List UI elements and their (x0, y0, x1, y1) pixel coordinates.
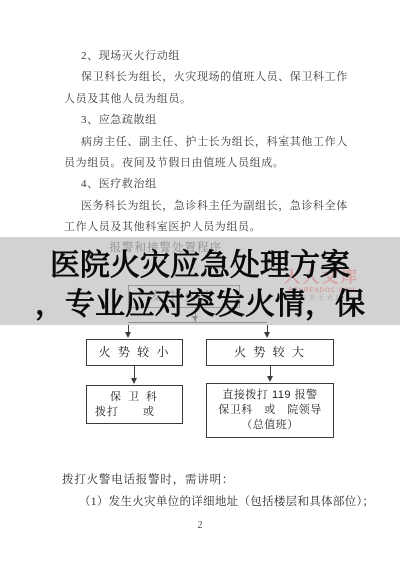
flow-box-line: （总值班） (207, 418, 333, 433)
banner-headline: 医院火灾应急处理方案 ，专业应对突发火情，保 (0, 237, 400, 324)
flow-box-line: 保卫科 或 院领导 (207, 403, 333, 418)
flow-connector (134, 366, 135, 378)
arrow-down-icon (125, 332, 131, 338)
body-line: 病房主任、副主任、护士长为组长，科室其他工作人 (64, 132, 348, 153)
flow-connector (270, 366, 271, 376)
body-line: 员为组员。夜间及节假日由值班人员组成。 (64, 153, 348, 174)
body-line: 2、现场灭火行动组 (64, 46, 348, 67)
body-line: 4、医疗救治组 (64, 174, 348, 195)
flow-box-line: 拨打 或 (87, 405, 182, 420)
body-line: 3、应急疏散组 (64, 110, 348, 131)
flow-box-fire-small: 火 势 较 小 (86, 339, 183, 366)
page-number: 2 (0, 520, 400, 531)
body-line: 工作人员及其他科室医护人员为组员。 (64, 217, 348, 238)
banner-headline-line1: 医院火灾应急处理方案 (0, 246, 400, 285)
arrow-down-icon (131, 378, 137, 384)
body-line: 人员及其他人员为组员。 (64, 89, 348, 110)
body-line: 医务科长为组长，急诊科主任为副组长，急诊科全体 (64, 196, 348, 217)
footer-instruction: 拨打火警电话报警时，需讲明： (62, 471, 234, 487)
document-page: 2、现场灭火行动组 保卫科长为组长，火灾现场的值班人员、保卫科工作 人员及其他人… (0, 0, 400, 566)
body-line: 保卫科长为组长，火灾现场的值班人员、保卫科工作 (64, 67, 348, 88)
promo-banner: 、报警和接警处置程序 发生火灾 人人文库 RENRENDOC.COM 完美无水印… (0, 237, 400, 325)
arrow-down-icon (267, 376, 273, 382)
flow-box-label: 火 势 较 大 (207, 340, 333, 364)
footer-instruction-item: （1）发生火灾单位的详细地址（包括楼层和具体部位）； (79, 493, 374, 509)
flow-box-call-security: 保 卫 科 拨打 或 (86, 385, 183, 424)
flow-box-line: 保 卫 科 (87, 390, 182, 405)
arrow-down-icon (264, 332, 270, 338)
document-body-text: 2、现场灭火行动组 保卫科长为组长，火灾现场的值班人员、保卫科工作 人员及其他人… (64, 46, 348, 239)
flow-box-label: 火 势 较 小 (87, 340, 182, 364)
flow-box-fire-large: 火 势 较 大 (206, 339, 334, 366)
flow-box-line: 直接拨打 119 报警 (207, 388, 333, 403)
banner-headline-line2: ，专业应对突发火情，保 (0, 285, 400, 324)
flow-box-call-119: 直接拨打 119 报警 保卫科 或 院领导 （总值班） (206, 383, 334, 438)
